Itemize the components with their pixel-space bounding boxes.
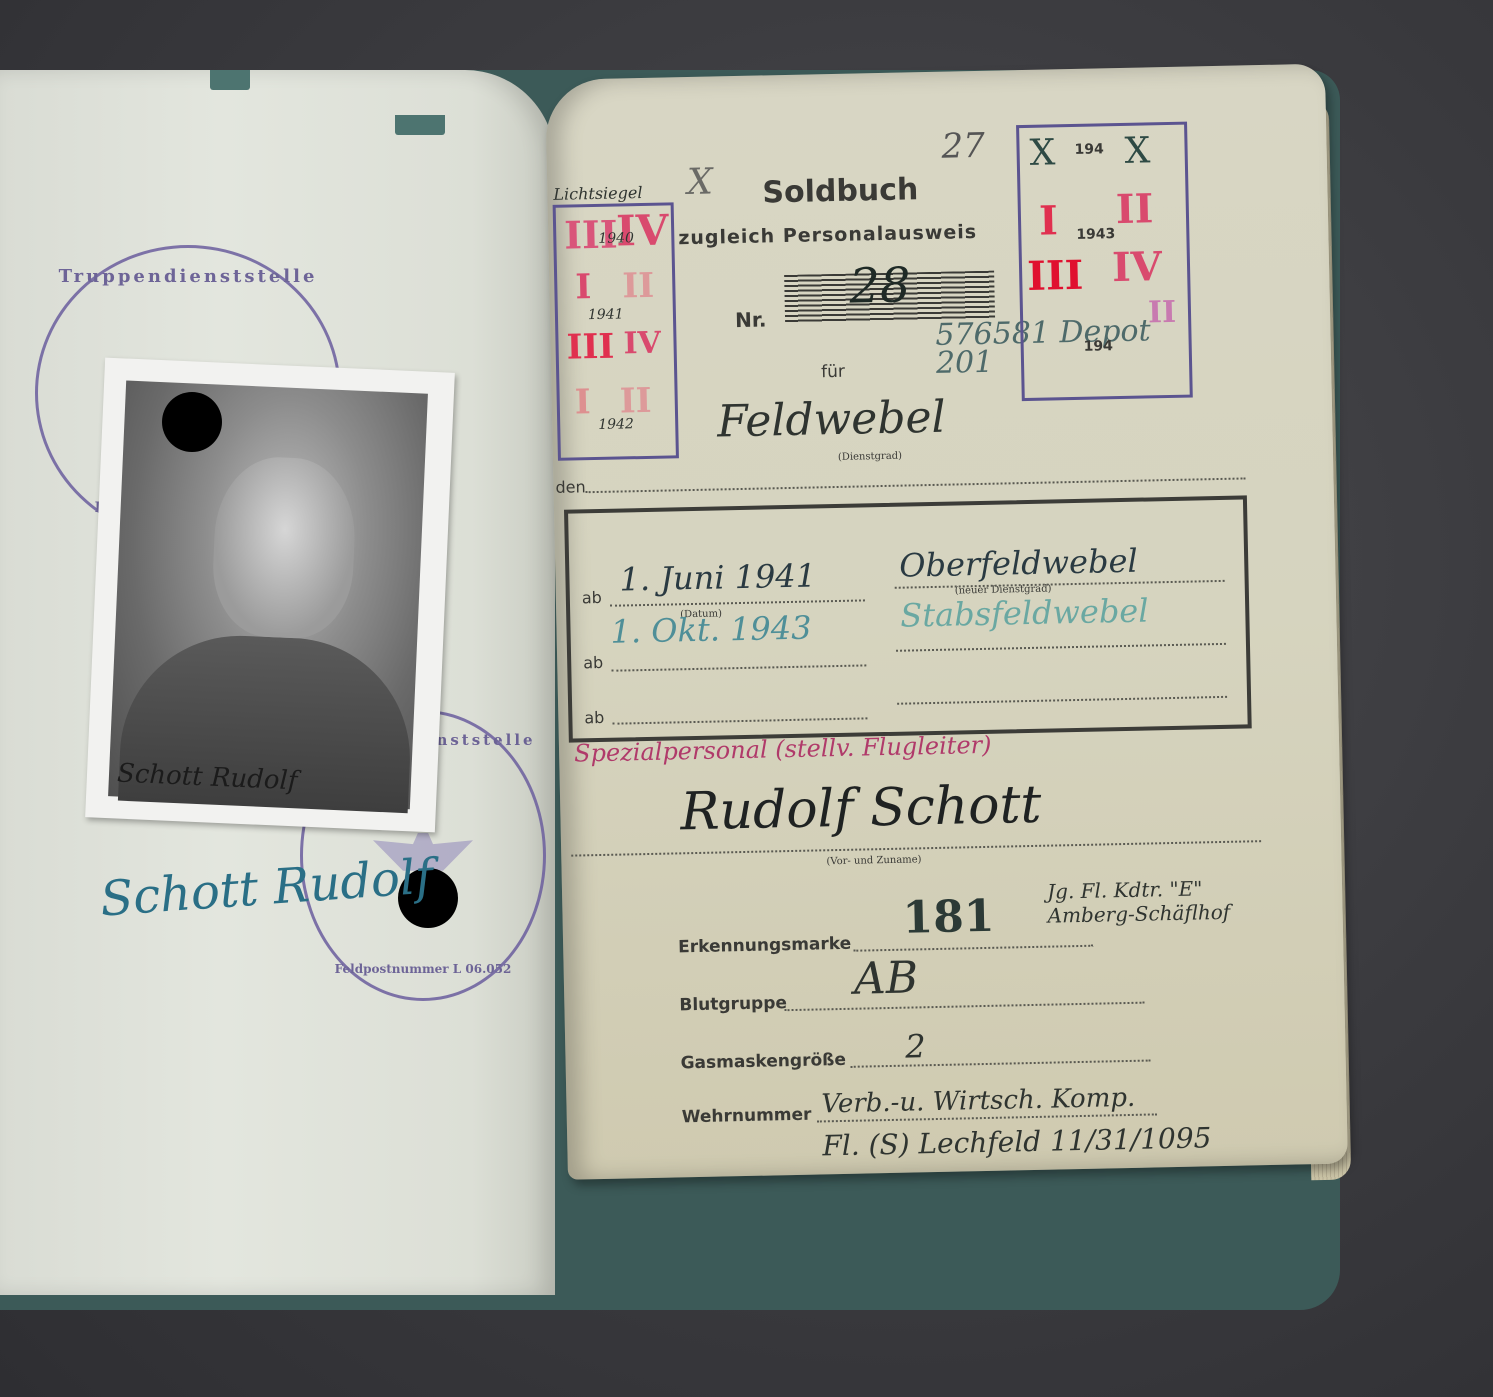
quarter-mark: I bbox=[1039, 197, 1059, 244]
quarter-mark: II bbox=[1115, 185, 1153, 233]
quarter-mark: IV bbox=[623, 326, 661, 362]
for-label: für bbox=[821, 362, 845, 382]
rank-line bbox=[897, 696, 1227, 705]
grid-label: Lichtsiegel bbox=[553, 183, 642, 204]
document-subtitle: zugleich Personalausweis bbox=[678, 221, 977, 249]
number-label: Nr. bbox=[735, 307, 767, 332]
military-number-detail: Fl. (S) Lechfeld 11/31/1095 bbox=[822, 1121, 1212, 1162]
year-label: 194 bbox=[1084, 338, 1114, 355]
field-line bbox=[853, 945, 1093, 952]
year-label: 194 bbox=[1074, 141, 1104, 158]
full-name: Rudolf Schott bbox=[680, 775, 1042, 843]
x-mark: X bbox=[687, 162, 713, 204]
promotions-box: (Datum) (neuer Dienstgrad) ab 1. Juni 19… bbox=[564, 495, 1252, 742]
rank-line bbox=[586, 477, 1246, 493]
field-label-blood-group: Blutgruppe bbox=[679, 993, 787, 1015]
promotion-rank: Oberfeldwebel bbox=[899, 542, 1138, 585]
id-photo: Schott Rudolf bbox=[85, 358, 455, 833]
id-tag-unit: Jg. Fl. Kdtr. "E" Amberg-Schäflhof bbox=[1047, 875, 1288, 928]
name-field-label: (Vor- und Zuname) bbox=[826, 854, 921, 867]
quarter-mark: II bbox=[622, 266, 655, 307]
corner-mark: 27 bbox=[941, 126, 985, 167]
blood-group-value: AB bbox=[853, 952, 918, 1004]
photo-portrait bbox=[210, 455, 358, 641]
promotion-date: 1. Juni 1941 bbox=[619, 556, 816, 598]
quarter-mark: I bbox=[574, 382, 591, 422]
quarter-stamp-grid-left: III IV 1940 I II 1941 III IV I II 1942 bbox=[553, 202, 679, 460]
id-tag-number: 181 bbox=[902, 891, 995, 944]
year-label: 1941 bbox=[588, 306, 624, 323]
quarter-mark: IV bbox=[1112, 243, 1163, 291]
year-label: 1943 bbox=[1076, 226, 1115, 243]
quarter-mark: X bbox=[1124, 130, 1150, 172]
quarter-mark: X bbox=[1029, 132, 1055, 174]
quarter-stamp-grid-right: X 194 X I II 1943 III IV II 194 bbox=[1016, 122, 1193, 402]
quarter-mark: II bbox=[619, 381, 652, 422]
document-title: Soldbuch bbox=[762, 172, 919, 210]
gas-mask-size-value: 2 bbox=[905, 1027, 926, 1065]
rank-field-label: (Dienstgrad) bbox=[838, 451, 902, 463]
censor-mark bbox=[162, 392, 222, 452]
field-label-id-tag: Erkennungsmarke bbox=[678, 934, 851, 958]
quarter-mark: II bbox=[1148, 295, 1177, 331]
field-label-military-number: Wehrnummer bbox=[682, 1105, 812, 1128]
soldbuch-number: 28 bbox=[849, 257, 911, 314]
date-line bbox=[610, 599, 865, 606]
binding-tab bbox=[210, 70, 250, 90]
binding-tab bbox=[395, 115, 445, 135]
field-label-gas-mask-size: Gasmaskengröße bbox=[680, 1050, 846, 1073]
stamp-ring-text: Truppendienststelle bbox=[38, 266, 338, 287]
right-page: Lichtsiegel III IV 1940 I II 1941 III IV… bbox=[545, 64, 1348, 1180]
stamp-bottom-text: Feldpostnummer L 06.052 bbox=[303, 962, 543, 976]
quarter-mark: III bbox=[566, 327, 615, 368]
promotion-rank: Stabsfeldwebel bbox=[900, 591, 1149, 634]
promotion-prefix: ab bbox=[583, 653, 603, 672]
date-line bbox=[612, 717, 867, 724]
photo-image bbox=[108, 381, 428, 810]
date-line bbox=[611, 664, 866, 671]
rank-value: Feldwebel bbox=[717, 392, 946, 448]
promotion-prefix: ab bbox=[584, 708, 604, 727]
rank-line bbox=[896, 643, 1226, 652]
rank-prefix: den bbox=[555, 477, 586, 497]
year-label: 1942 bbox=[598, 416, 634, 433]
promotion-prefix: ab bbox=[582, 588, 602, 607]
promotion-date: 1. Okt. 1943 bbox=[610, 609, 812, 651]
quarter-mark: I bbox=[575, 267, 592, 307]
year-label: 1940 bbox=[598, 230, 634, 247]
quarter-mark: III bbox=[1027, 252, 1084, 300]
field-line bbox=[851, 1060, 1151, 1068]
field-line bbox=[785, 1002, 1145, 1012]
